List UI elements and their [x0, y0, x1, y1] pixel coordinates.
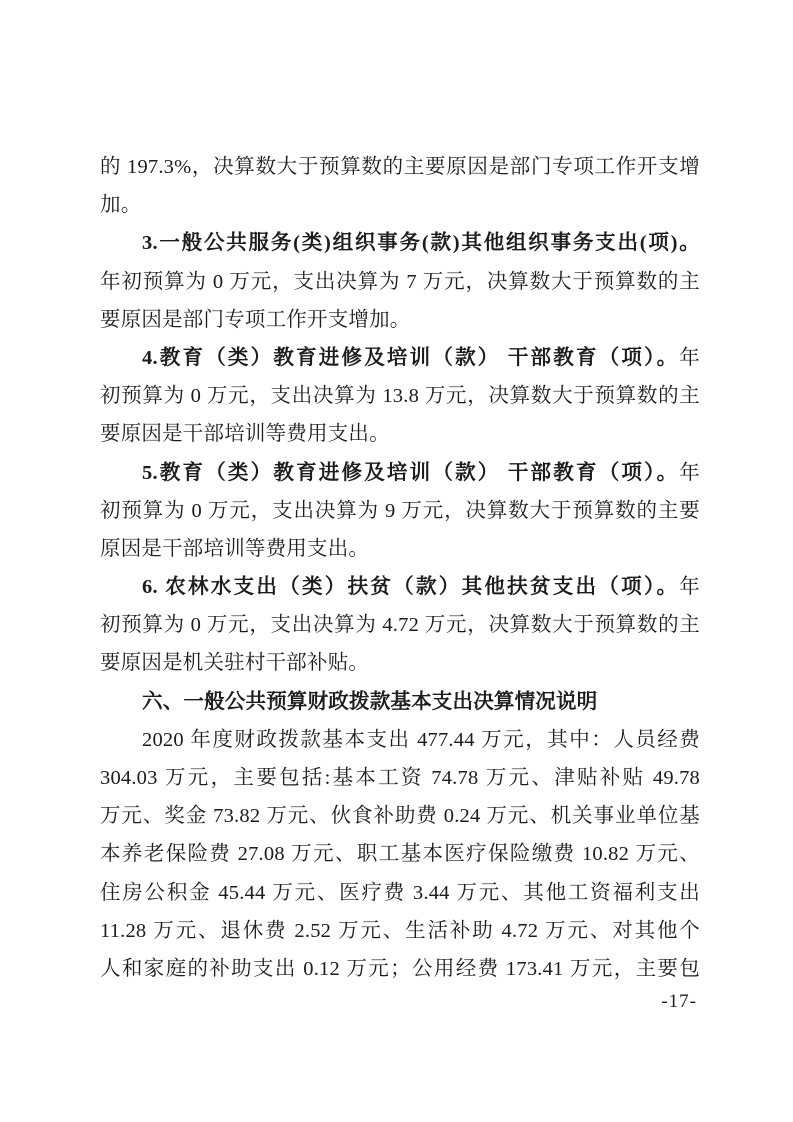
text-line: 年初预算为 0 万元，支出决算为 7 万元，决算数大于预算数的主	[100, 263, 700, 301]
text-line: 2020 年度财政拨款基本支出 477.44 万元，其中：人员经费	[100, 721, 700, 759]
text-segment: 初预算为 0 万元，支出决算为 4.72 万元，决算数大于预算数的主	[100, 614, 700, 636]
text-line: 本养老保险费 27.08 万元、职工基本医疗保险缴费 10.82 万元、	[100, 835, 700, 873]
text-line: 3.一般公共服务(类)组织事务(款)其他组织事务支出(项)。	[100, 224, 700, 262]
text-segment: 的 197.3%，决算数大于预算数的主要原因是部门专项工作开支增	[100, 156, 700, 178]
text-line: 人和家庭的补助支出 0.12 万元；公用经费 173.41 万元，主要包	[100, 950, 700, 988]
text-line: 4.教育（类）教育进修及培训（款） 干部教育（项）。年	[100, 339, 700, 377]
text-line: 住房公积金 45.44 万元、医疗费 3.44 万元、其他工资福利支出	[100, 874, 700, 912]
bold-text-segment: 3.一般公共服务(类)组织事务(款)其他组织事务支出(项)。	[142, 232, 700, 254]
text-line: 初预算为 0 万元，支出决算为 9 万元，决算数大于预算数的主要	[100, 492, 700, 530]
text-segment: 11.28 万元、退休费 2.52 万元、生活补助 4.72 万元、对其他个	[100, 920, 700, 942]
text-line: 要原因是部门专项工作开支增加。	[100, 301, 700, 339]
text-line: 5.教育（类）教育进修及培训（款） 干部教育（项）。年	[100, 454, 700, 492]
bold-text-segment: 6. 农林水支出（类）扶贫（款）其他扶贫支出（项）。	[142, 576, 679, 598]
text-line: 要原因是干部培训等费用支出。	[100, 415, 700, 453]
text-segment: 万元、奖金 73.82 万元、伙食补助费 0.24 万元、机关事业单位基	[100, 805, 700, 827]
text-line: 11.28 万元、退休费 2.52 万元、生活补助 4.72 万元、对其他个	[100, 912, 700, 950]
text-segment: 初预算为 0 万元，支出决算为 13.8 万元，决算数大于预算数的主	[100, 385, 700, 407]
text-line: 304.03 万元，主要包括:基本工资 74.78 万元、津贴补贴 49.78	[100, 759, 700, 797]
text-segment: 人和家庭的补助支出 0.12 万元；公用经费 173.41 万元，主要包	[100, 958, 700, 980]
page-number: -17-	[661, 991, 697, 1013]
text-segment: 要原因是干部培训等费用支出。	[100, 423, 390, 445]
text-line: 加。	[100, 186, 700, 224]
text-line: 六、一般公共预算财政拨款基本支出决算情况说明	[100, 683, 700, 721]
text-segment: 年	[679, 347, 700, 369]
text-line: 要原因是机关驻村干部补贴。	[100, 644, 700, 682]
document-page: 的 197.3%，决算数大于预算数的主要原因是部门专项工作开支增加。3.一般公共…	[0, 0, 793, 1122]
text-segment: 本养老保险费 27.08 万元、职工基本医疗保险缴费 10.82 万元、	[100, 843, 700, 865]
text-segment: 年初预算为 0 万元，支出决算为 7 万元，决算数大于预算数的主	[100, 271, 700, 293]
bold-text-segment: 4.教育（类）教育进修及培训（款） 干部教育（项）。	[142, 347, 679, 369]
text-segment: 2020 年度财政拨款基本支出 477.44 万元，其中：人员经费	[142, 729, 700, 751]
bold-text-segment: 5.教育（类）教育进修及培训（款） 干部教育（项）。	[142, 462, 679, 484]
text-line: 初预算为 0 万元，支出决算为 4.72 万元，决算数大于预算数的主	[100, 606, 700, 644]
text-segment: 住房公积金 45.44 万元、医疗费 3.44 万元、其他工资福利支出	[100, 882, 700, 904]
text-line: 的 197.3%，决算数大于预算数的主要原因是部门专项工作开支增	[100, 148, 700, 186]
text-segment: 年	[679, 576, 700, 598]
text-segment: 年	[679, 462, 700, 484]
text-segment: 原因是干部培训等费用支出。	[100, 538, 369, 560]
text-line: 原因是干部培训等费用支出。	[100, 530, 700, 568]
text-segment: 304.03 万元，主要包括:基本工资 74.78 万元、津贴补贴 49.78	[100, 767, 700, 789]
text-segment: 加。	[100, 194, 141, 216]
text-line: 万元、奖金 73.82 万元、伙食补助费 0.24 万元、机关事业单位基	[100, 797, 700, 835]
document-body: 的 197.3%，决算数大于预算数的主要原因是部门专项工作开支增加。3.一般公共…	[100, 148, 700, 988]
text-segment: 初预算为 0 万元，支出决算为 9 万元，决算数大于预算数的主要	[100, 500, 700, 522]
text-segment: 要原因是部门专项工作开支增加。	[100, 309, 411, 331]
text-line: 6. 农林水支出（类）扶贫（款）其他扶贫支出（项）。年	[100, 568, 700, 606]
text-segment: 要原因是机关驻村干部补贴。	[100, 652, 369, 674]
bold-text-segment: 六、一般公共预算财政拨款基本支出决算情况说明	[142, 691, 597, 713]
text-line: 初预算为 0 万元，支出决算为 13.8 万元，决算数大于预算数的主	[100, 377, 700, 415]
